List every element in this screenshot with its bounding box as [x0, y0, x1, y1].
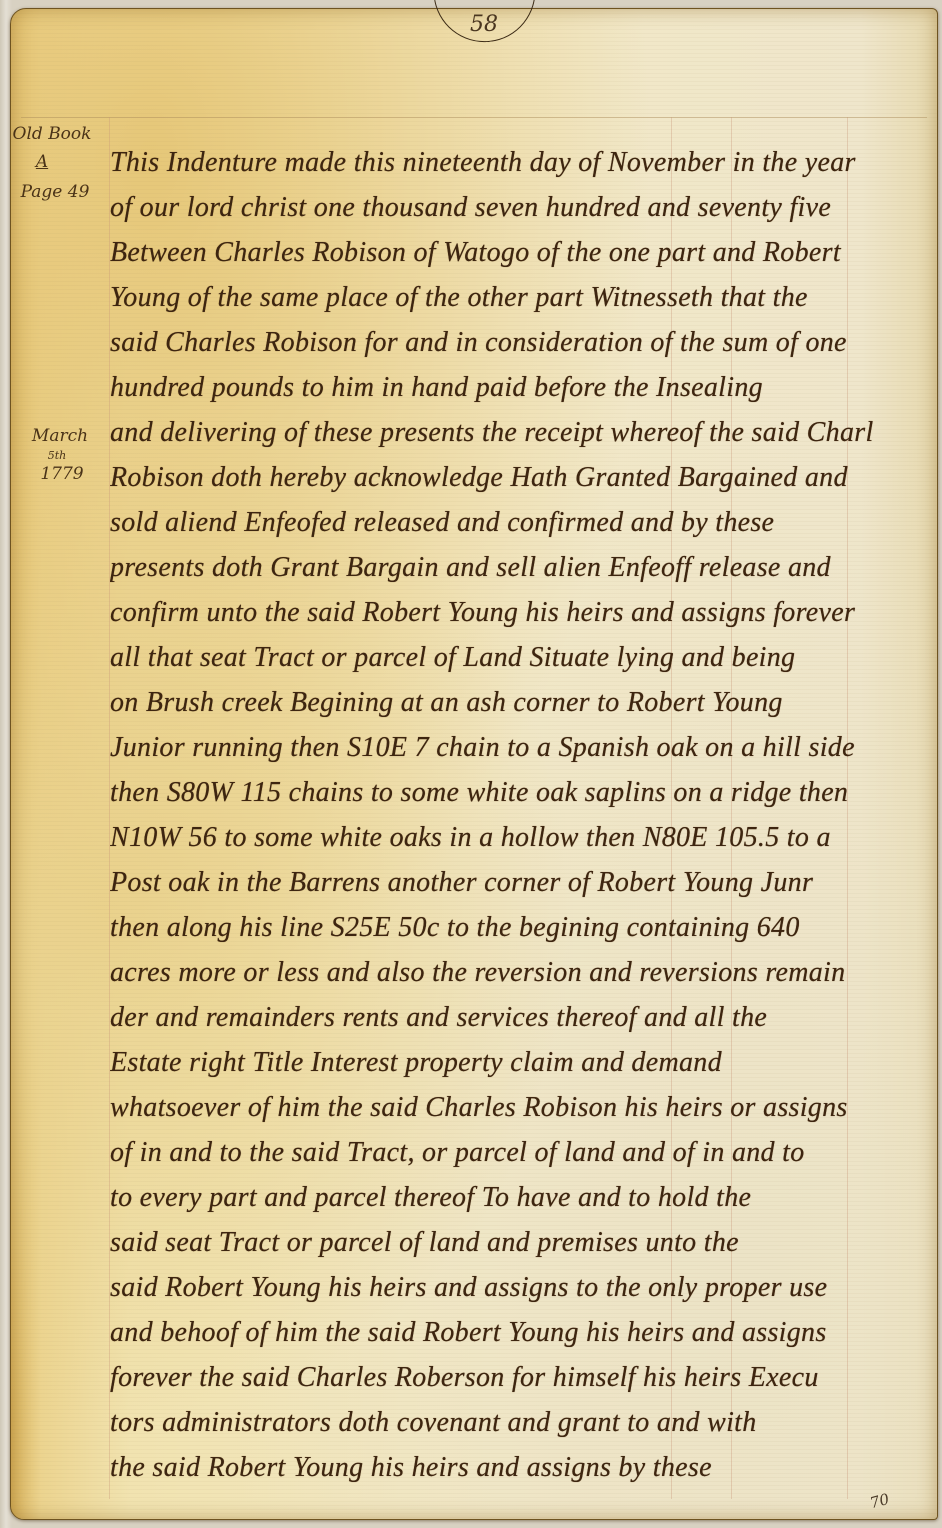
text-line: to every part and parcel thereof To have… — [110, 1175, 890, 1220]
text-line: then S80W 115 chains to some white oak s… — [110, 770, 890, 815]
text-line: N10W 56 to some white oaks in a hollow t… — [110, 815, 890, 860]
text-line: confirm unto the said Robert Young his h… — [110, 590, 890, 635]
text-line: Junior running then S10E 7 chain to a Sp… — [110, 725, 890, 770]
text-line: of in and to the said Tract, or parcel o… — [110, 1130, 890, 1175]
text-line: Young of the same place of the other par… — [110, 275, 890, 320]
text-line: and delivering of these presents the rec… — [110, 410, 890, 455]
text-line: said Robert Young his heirs and assigns … — [110, 1265, 890, 1310]
text-line: all that seat Tract or parcel of Land Si… — [110, 635, 890, 680]
text-line: sold aliend Enfeofed released and confir… — [110, 500, 890, 545]
text-line: then along his line S25E 50c to the begi… — [110, 905, 890, 950]
text-line: of our lord christ one thousand seven hu… — [110, 185, 890, 230]
header-rule — [21, 117, 927, 118]
indenture-text: This Indenture made this nineteenth day … — [110, 140, 890, 1490]
text-line: acres more or less and also the reversio… — [110, 950, 890, 995]
text-line: Estate right Title Interest property cla… — [110, 1040, 890, 1085]
page-number: 58 — [470, 12, 498, 37]
margin-note-book-letter: A — [12, 152, 72, 172]
text-line: presents doth Grant Bargain and sell ali… — [110, 545, 890, 590]
text-line: Post oak in the Barrens another corner o… — [110, 860, 890, 905]
text-line: said seat Tract or parcel of land and pr… — [110, 1220, 890, 1265]
margin-note-date-year: 1779 — [22, 464, 102, 484]
text-line: der and remainders rents and services th… — [110, 995, 890, 1040]
margin-note-date-month: March — [20, 426, 100, 446]
text-line: said Charles Robison for and in consider… — [110, 320, 890, 365]
text-line: the said Robert Young his heirs and assi… — [110, 1445, 890, 1490]
text-line: hundred pounds to him in hand paid befor… — [110, 365, 890, 410]
text-line: tors administrators doth covenant and gr… — [110, 1400, 890, 1445]
text-line: whatsoever of him the said Charles Robis… — [110, 1085, 890, 1130]
text-line: forever the said Charles Roberson for hi… — [110, 1355, 890, 1400]
margin-note-old-book: Old Book — [12, 124, 92, 144]
text-line: Robison doth hereby acknowledge Hath Gra… — [110, 455, 890, 500]
margin-note-date-day: 5th — [32, 450, 82, 462]
text-line: This Indenture made this nineteenth day … — [110, 140, 890, 185]
text-line: on Brush creek Begining at an ash corner… — [110, 680, 890, 725]
margin-note-page-ref: Page 49 — [12, 182, 98, 202]
text-line: and behoof of him the said Robert Young … — [110, 1310, 890, 1355]
text-line: Between Charles Robison of Watogo of the… — [110, 230, 890, 275]
